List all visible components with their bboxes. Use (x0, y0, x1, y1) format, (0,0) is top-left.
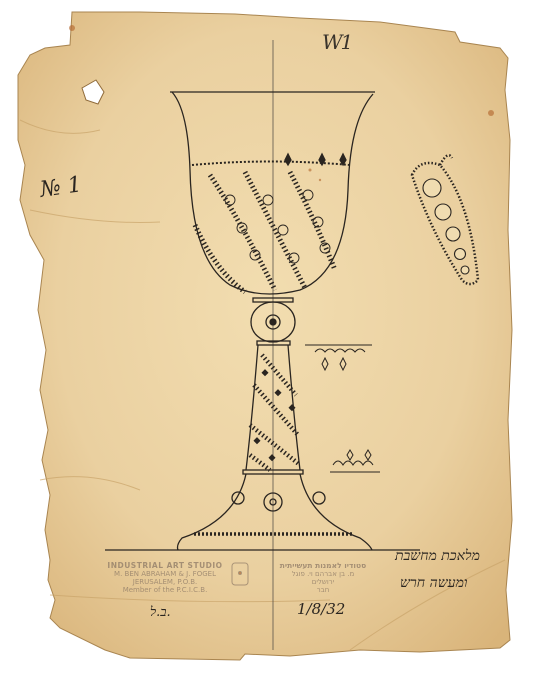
stamp-english-line4: Member of the P.C.I.C.B. (105, 586, 225, 594)
document-scan: № 1 W1 1/8/32 מלאכת מחשבת ומעשה חרש ב.ל.… (0, 0, 533, 685)
hebrew-note-line1: מלאכת מחשבת (395, 548, 480, 565)
hebrew-note-line2: ומעשה חרש (400, 575, 467, 592)
date-label: 1/8/32 (297, 600, 345, 618)
stamp-english-line2: M. BEN ABRAHAM & J. FOGEL (105, 570, 225, 578)
stamp-english-title: INDUSTRIAL ART STUDIO (105, 562, 225, 570)
stamp-hebrew-line2: מ. בן אברהם וי. פוגל (258, 570, 388, 578)
stamp-hebrew-line3: ירושלים (258, 578, 388, 586)
hebrew-note-lower-left: ב.ל. (150, 604, 171, 620)
stamp-hebrew: סטודיו לאמנות תעשייתית מ. בן אברהם וי. פ… (258, 562, 388, 594)
stamp-english: INDUSTRIAL ART STUDIO M. BEN ABRAHAM & J… (105, 562, 225, 594)
signature-mark: W1 (322, 30, 351, 54)
stamp-hebrew-line4: חבר (258, 586, 388, 594)
stamp-hebrew-title: סטודיו לאמנות תעשייתית (258, 562, 388, 570)
stamp-english-line3: JERUSALEM, P.O.B. (105, 578, 225, 586)
